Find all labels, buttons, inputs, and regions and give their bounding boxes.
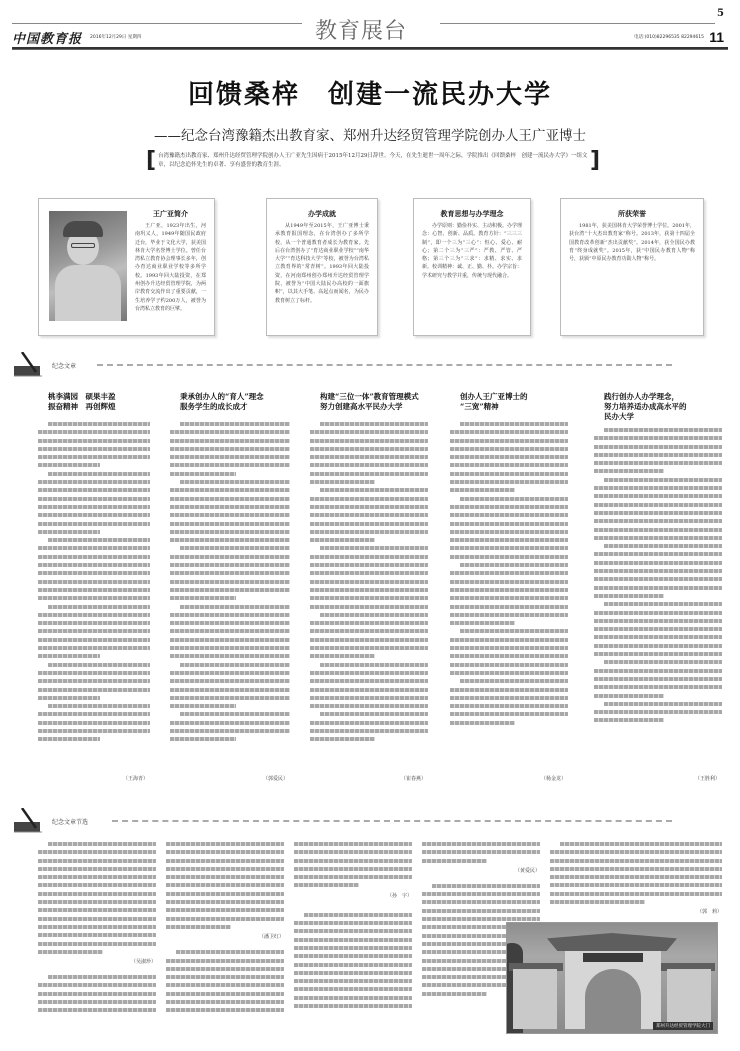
corner-mark: 5 [717,8,724,19]
section-strip-label: 纪念文章 [52,361,76,370]
gate-wing [513,969,557,1029]
gate-wing [667,969,711,1029]
info-box-achievements: 办学成就 从1949年至2015年，王广亚博士秉承教育报国理念，在台湾创办了多所… [266,198,378,336]
excerpt-author: （潘卫红） [166,933,284,940]
article-title-line: 民办大学 [604,412,722,422]
article-title-line: 努力培养适办成高水平的 [604,402,722,412]
issue-date: 2016年12月29日 星期四 [90,34,141,40]
info-box-text: 从1949年至2015年，王广亚博士秉承教育报国理念，在台湾创办了多所学校，从一… [275,222,369,305]
portrait-cap [63,221,103,237]
excerpt-column-3: （孙 宇） [294,842,412,1038]
info-boxes: 王广亚简介 王广亚，1923年出生，河南巩义人，1949年随国民政府迁台，毕业于… [38,198,704,336]
bracket-left: [ [146,150,156,172]
article-author: （王海青） [123,775,148,782]
articles-section: 桃李满园 硕果丰盈 振奋精神 再创辉煌 （王海青） 秉承创办人的“育人”理念 服… [38,392,728,782]
portrait-photo [49,211,127,321]
section-divider [112,820,672,822]
section-strip-articles: 纪念文章 [12,352,712,378]
info-box-biography: 王广亚简介 王广亚，1923年出生，河南巩义人，1949年随国民政府迁台，毕业于… [38,198,215,336]
info-box-text: 1981年，获美国林肯大学荣誉博士学位。2001年，获台湾“十大杰出教育家”称号… [569,222,695,263]
article-title-line: 振奋精神 再创辉煌 [48,402,150,412]
masthead: 中国教育报 2016年12月29日 星期四 教育展台 5 电话:(010)822… [12,14,728,54]
info-box-philosophy: 教育思想与办学理念 办学原则：勤俭朴实、主动积极。办学理念：心智、创新、品质。教… [413,198,531,336]
masthead-rule-right [440,23,715,24]
article-title-line: 构建“三位一体”教育管理模式 [320,392,428,402]
info-box-honors: 所获荣誉 1981年，获美国林肯大学荣誉博士学位。2001年，获台湾“十大杰出教… [560,198,704,336]
article-body [594,428,722,722]
article-author: （杨金龙） [541,775,566,782]
excerpt-column-1: （吴淑珍） [38,842,156,1038]
info-box-title: 教育思想与办学理念 [422,209,522,219]
masthead-rule-bottom [12,47,728,50]
gate-sign [583,953,643,962]
article-3: 构建“三位一体”教育管理模式 努力创建高水平民办大学 （崔春燕） [310,392,428,782]
photo-caption: 郑州升达经贸管理学院大门 [653,1022,713,1030]
article-body [310,422,428,741]
gate-roof [547,933,677,951]
excerpt-author: （黄爱民） [422,867,540,874]
section-strip-label: 纪念文章节选 [52,817,88,826]
article-5: 践行创办人办学理念， 努力培养适办成高水平的 民办大学 （王胜利） [594,392,722,782]
article-body [38,422,150,741]
article-title-line: 秉承创办人的“育人”理念 [180,392,290,402]
intro-text: 台湾豫籍杰出教育家、郑州升达经贸管理学院创办人王广亚先生因病于2015年12月2… [158,153,588,168]
main-headline: 回馈桑梓 创建一流民办大学 [0,74,740,111]
info-box-title: 王广亚简介 [135,209,206,219]
info-box-text: 办学原则：勤俭朴实、主动积极。办学理念：心智、创新、品质。教育方针：“三三三制”… [422,222,522,280]
article-2: 秉承创办人的“育人”理念 服务学生的成长成才 （郭爱民） [170,392,290,782]
newspaper-logo: 中国教育报 [12,28,82,47]
article-title-line: 践行创办人办学理念， [604,392,722,402]
section-divider [97,364,672,366]
excerpt-author: （郭 莉） [550,908,722,915]
article-author: （郭爱民） [263,775,288,782]
excerpt-author: （孙 宇） [294,892,412,899]
article-title: 桃李满园 硕果丰盈 振奋精神 再创辉煌 [38,392,150,412]
campus-gate-photo: 郑州升达经贸管理学院大门 [506,922,718,1034]
excerpt-column-2: （潘卫红） [166,842,284,1038]
excerpt-column-5: （郭 莉） [550,842,722,922]
pen-icon [12,352,48,378]
article-title-line: 桃李满园 硕果丰盈 [48,392,150,402]
page-contact: 电话:(010)82296535 82294615 [634,34,704,40]
article-title: 构建“三位一体”教育管理模式 努力创建高水平民办大学 [310,392,428,412]
article-body [450,422,568,725]
article-4: 创办人王广亚博士的 “三宽”精神 （杨金龙） [450,392,568,782]
masthead-rule-left [12,23,302,24]
intro-lead: [ 台湾豫籍杰出教育家、郑州升达经贸管理学院创办人王广亚先生因病于2015年12… [148,150,598,176]
excerpt-author: （吴淑珍） [38,958,156,965]
portrait-body [55,265,121,321]
article-title: 秉承创办人的“育人”理念 服务学生的成长成才 [170,392,290,412]
article-title: 践行创办人办学理念， 努力培养适办成高水平的 民办大学 [594,392,722,422]
article-body [170,422,290,741]
article-title-line: 服务学生的成长成才 [180,402,290,412]
portrait-glasses [71,243,95,248]
page-number: 11 [709,29,724,45]
article-1: 桃李满园 硕果丰盈 振奋精神 再创辉煌 （王海青） [38,392,150,782]
info-box-text: 王广亚，1923年出生，河南巩义人，1949年随国民政府迁台，毕业于文化大学，获… [135,222,206,313]
bracket-right: ] [590,150,600,172]
info-box-title: 所获荣誉 [569,209,695,219]
gate-arch [585,969,641,1034]
sub-headline: ——纪念台湾豫籍杰出教育家、郑州升达经贸管理学院创办人王广亚博士 [0,124,740,144]
article-author: （王胜利） [695,775,720,782]
article-title-line: 创办人王广亚博士的 [460,392,568,402]
pen-icon [12,808,48,834]
article-author: （崔春燕） [401,775,426,782]
section-strip-excerpts: 纪念文章节选 [12,808,712,834]
article-title-line: “三宽”精神 [460,402,568,412]
article-title-line: 努力创建高水平民办大学 [320,402,428,412]
section-title: 教育展台 [315,14,407,45]
article-title: 创办人王广亚博士的 “三宽”精神 [450,392,568,412]
info-box-title: 办学成就 [275,209,369,219]
